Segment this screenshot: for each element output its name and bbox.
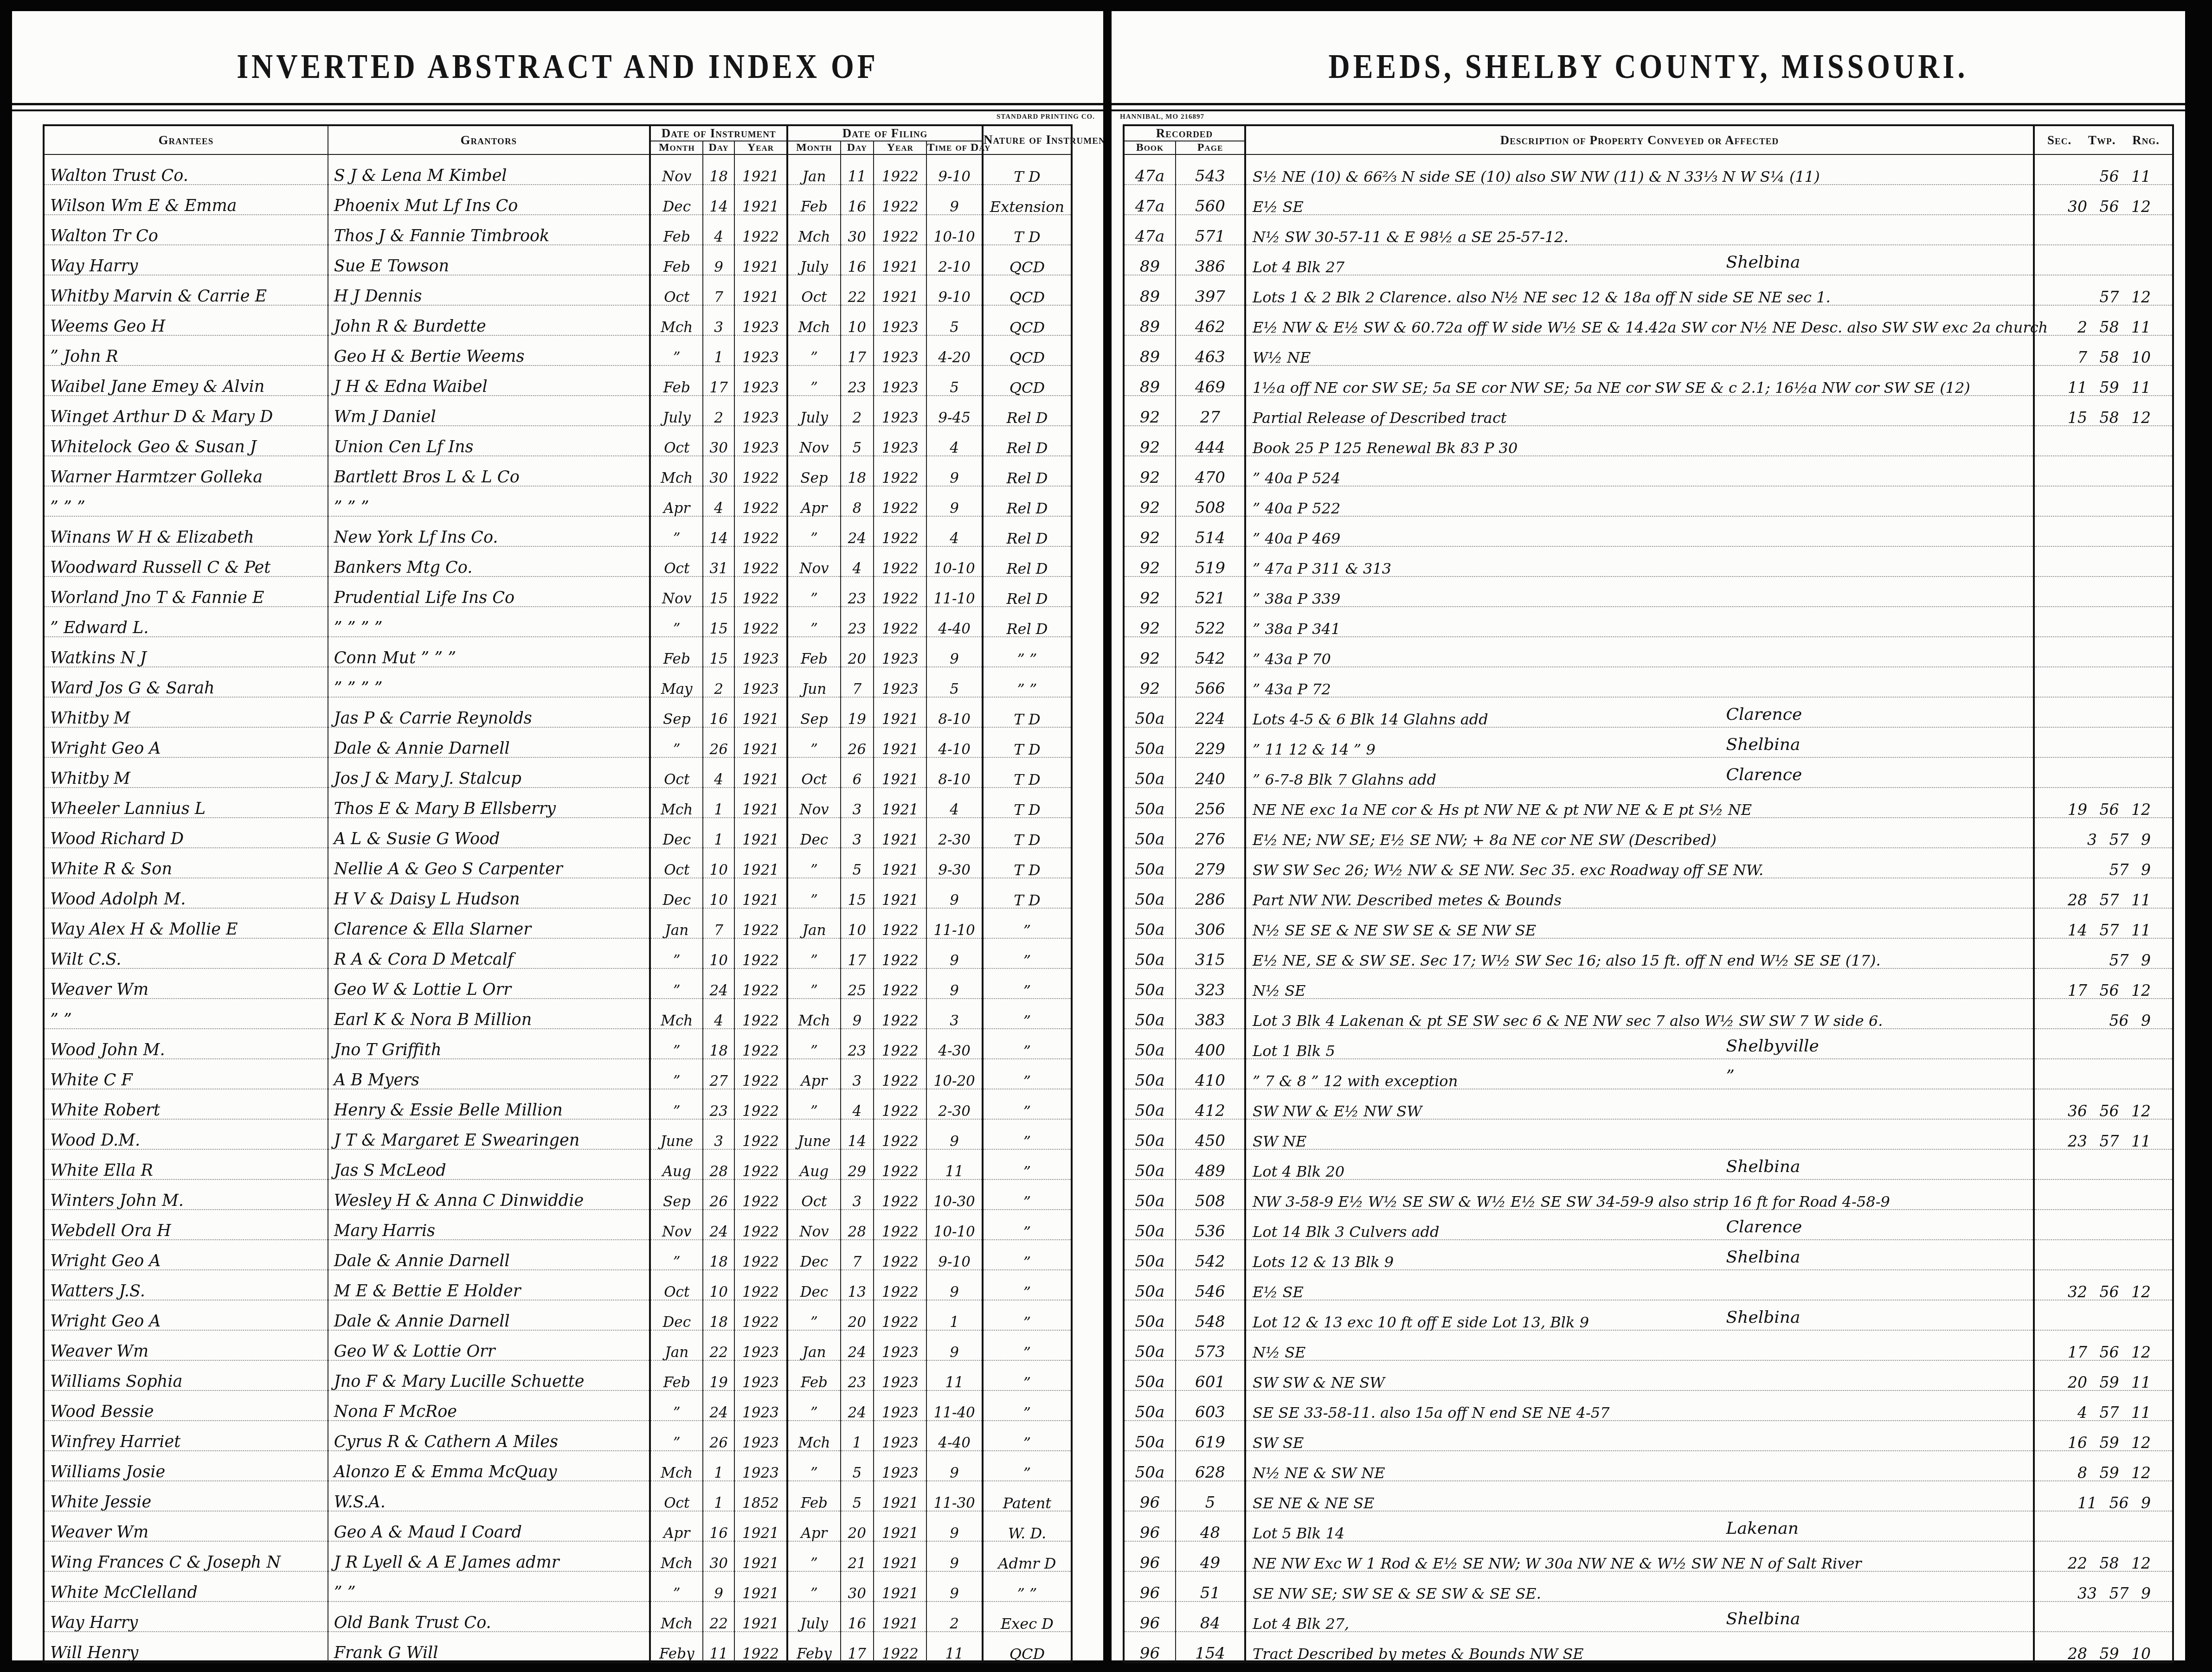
filing-year-cell: 1921 [874, 878, 926, 908]
filing-year-cell: 1922 [874, 546, 926, 577]
description-cell: SW NW & E½ NW SW [1245, 1089, 2034, 1119]
left-page-title: INVERTED ABSTRACT AND INDEX OF [12, 5, 1103, 96]
filing-month-cell: ” [787, 577, 840, 607]
grantor-cell: Alonzo E & Emma McQuay [328, 1451, 650, 1481]
book-cell: 50a [1124, 697, 1176, 727]
grantor-cell: M E & Bettie E Holder [328, 1270, 650, 1300]
filing-day-cell: 3 [841, 788, 874, 818]
filing-month-cell: ” [787, 365, 840, 396]
instrument-year-cell: 1922 [734, 1179, 787, 1210]
filing-day-cell: 10 [841, 305, 874, 335]
instrument-month-cell: Mch [650, 1451, 703, 1481]
page-cell: 383 [1176, 999, 1245, 1029]
sec-twp-rng-cell [2034, 637, 2173, 667]
filing-month-cell: Jan [787, 1330, 840, 1360]
title-divider-right [1112, 103, 2185, 111]
right-table-body: 47a543S½ NE (10) & 66⅔ N side SE (10) al… [1124, 154, 2173, 1662]
filing-time-cell: 4-40 [926, 607, 982, 637]
nature-cell: T D [983, 848, 1072, 878]
instrument-month-cell: Jan [650, 908, 703, 938]
table-row: Weems Geo HJohn R & BurdetteMch31923Mch1… [44, 305, 1072, 335]
description-cell: ” 47a P 311 & 313 [1245, 546, 2034, 577]
nature-cell: ” [983, 1300, 1072, 1330]
grantor-cell: John R & Burdette [328, 305, 650, 335]
filing-time-cell: 11-10 [926, 908, 982, 938]
filing-year-cell: 1923 [874, 1421, 926, 1451]
filing-day-cell: 20 [841, 637, 874, 667]
instrument-year-cell: 1852 [734, 1481, 787, 1511]
col-header-twp: Twp. [2088, 133, 2116, 147]
grantor-cell: Jno T Griffith [328, 1029, 650, 1059]
grantee-cell: Whitby M [44, 757, 328, 788]
filing-time-cell: 2 [926, 1602, 982, 1632]
filing-month-cell: Dec [787, 1240, 840, 1270]
description-cell: Lot 14 Blk 3 Culvers addClarence [1245, 1210, 2034, 1240]
filing-month-cell: ” [787, 607, 840, 637]
instrument-year-cell: 1921 [734, 1571, 787, 1602]
instrument-year-cell: 1921 [734, 245, 787, 275]
filing-time-cell: 8-10 [926, 697, 982, 727]
instrument-day-cell: 4 [703, 486, 734, 516]
table-row: Ward Jos G & Sarah” ” ” ”May21923Jun7192… [44, 667, 1072, 697]
filing-month-cell: Aug [787, 1149, 840, 1179]
filing-day-cell: 17 [841, 1632, 874, 1662]
description-cell: ” 43a P 72 [1245, 667, 2034, 697]
instrument-year-cell: 1923 [734, 1421, 787, 1451]
sec-twp-rng-cell [2034, 727, 2173, 757]
filing-year-cell: 1922 [874, 968, 926, 999]
sec-twp-rng-cell [2034, 1240, 2173, 1270]
table-row: Way Alex H & Mollie EClarence & Ella Sla… [44, 908, 1072, 938]
col-header-instr-year: Year [734, 141, 787, 154]
grantor-cell: ” ” ” ” [328, 607, 650, 637]
book-cell: 96 [1124, 1602, 1176, 1632]
filing-year-cell: 1922 [874, 1029, 926, 1059]
sec-twp-rng-cell [2034, 1511, 2173, 1541]
nature-cell: ” [983, 1360, 1072, 1390]
sec-twp-rng-cell [2034, 1179, 2173, 1210]
page-gutter [1103, 0, 1112, 1672]
page-cell: 400 [1176, 1029, 1245, 1059]
col-header-sec: Sec. [2047, 133, 2071, 147]
grantor-cell: Wm J Daniel [328, 396, 650, 426]
instrument-day-cell: 14 [703, 185, 734, 215]
filing-time-cell: 4-20 [926, 335, 982, 365]
grantee-cell: White Robert [44, 1089, 328, 1119]
filing-year-cell: 1923 [874, 426, 926, 456]
table-row: 50a601SW SW & NE SW20 59 11 [1124, 1360, 2173, 1390]
filing-day-cell: 10 [841, 908, 874, 938]
nature-cell: ” [983, 1089, 1072, 1119]
instrument-day-cell: 4 [703, 999, 734, 1029]
sec-twp-rng-cell: 16 59 12 [2034, 1421, 2173, 1451]
town-label: Clarence [1726, 1219, 1802, 1236]
instrument-month-cell: May [650, 667, 703, 697]
page-cell: 462 [1176, 305, 1245, 335]
filing-year-cell: 1921 [874, 1511, 926, 1541]
book-cell: 50a [1124, 999, 1176, 1029]
filing-day-cell: 30 [841, 1571, 874, 1602]
filing-day-cell: 7 [841, 667, 874, 697]
book-cell: 50a [1124, 1270, 1176, 1300]
grantee-cell: Winans W H & Elizabeth [44, 516, 328, 546]
filing-day-cell: 29 [841, 1149, 874, 1179]
sec-twp-rng-cell [2034, 426, 2173, 456]
table-row: Whitby Marvin & Carrie EH J DennisOct719… [44, 275, 1072, 305]
grantor-cell: Conn Mut ” ” ” [328, 637, 650, 667]
filing-year-cell: 1922 [874, 486, 926, 516]
filing-day-cell: 22 [841, 275, 874, 305]
filing-day-cell: 8 [841, 486, 874, 516]
instrument-month-cell: ” [650, 1240, 703, 1270]
sec-twp-rng-cell: 28 59 10 [2034, 1632, 2173, 1662]
grantee-cell: Warner Harmtzer Golleka [44, 456, 328, 486]
book-cell: 92 [1124, 426, 1176, 456]
nature-cell: W. D. [983, 1511, 1072, 1541]
filing-day-cell: 26 [841, 727, 874, 757]
sec-twp-rng-cell: 8 59 12 [2034, 1451, 2173, 1481]
col-header-date-of-instrument: Date of Instrument [650, 125, 787, 141]
instrument-year-cell: 1921 [734, 1511, 787, 1541]
grantee-cell: Wood Richard D [44, 818, 328, 848]
instrument-day-cell: 2 [703, 667, 734, 697]
filing-year-cell: 1921 [874, 727, 926, 757]
instrument-day-cell: 26 [703, 727, 734, 757]
instrument-day-cell: 26 [703, 1421, 734, 1451]
instrument-month-cell: ” [650, 727, 703, 757]
grantee-cell: Waibel Jane Emey & Alvin [44, 365, 328, 396]
nature-cell: QCD [983, 335, 1072, 365]
filing-year-cell: 1922 [874, 1632, 926, 1662]
page-cell: 286 [1176, 878, 1245, 908]
sec-twp-rng-cell: 14 57 11 [2034, 908, 2173, 938]
grantor-cell: J H & Edna Waibel [328, 365, 650, 396]
nature-cell: T D [983, 788, 1072, 818]
instrument-year-cell: 1921 [734, 788, 787, 818]
town-label: Shelbina [1726, 737, 1800, 753]
sec-twp-rng-cell [2034, 1300, 2173, 1330]
filing-month-cell: ” [787, 878, 840, 908]
sec-twp-rng-cell: 11 59 11 [2034, 365, 2173, 396]
table-row: Winans W H & ElizabethNew York Lf Ins Co… [44, 516, 1072, 546]
instrument-day-cell: 1 [703, 1451, 734, 1481]
description-cell: ” 6-7-8 Blk 7 Glahns addClarence [1245, 757, 2034, 788]
nature-cell: Rel D [983, 396, 1072, 426]
instrument-year-cell: 1922 [734, 456, 787, 486]
table-row: White McClelland” ””91921”3019219” ” [44, 1571, 1072, 1602]
instrument-month-cell: ” [650, 968, 703, 999]
page-cell: 48 [1176, 1511, 1245, 1541]
grantor-cell: W.S.A. [328, 1481, 650, 1511]
grantor-cell: S J & Lena M Kimbel [328, 154, 650, 185]
town-label: Shelbina [1726, 1249, 1800, 1266]
table-row: 50a542Lots 12 & 13 Blk 9Shelbina [1124, 1240, 2173, 1270]
filing-time-cell: 10-30 [926, 1179, 982, 1210]
grantor-cell: Mary Harris [328, 1210, 650, 1240]
sec-twp-rng-cell [2034, 245, 2173, 275]
filing-time-cell: 4-10 [926, 727, 982, 757]
table-row: Wood D.M.J T & Margaret E SwearingenJune… [44, 1119, 1072, 1149]
filing-year-cell: 1921 [874, 275, 926, 305]
filing-month-cell: ” [787, 516, 840, 546]
filing-month-cell: July [787, 396, 840, 426]
table-row: White Ella RJas S McLeodAug281922Aug2919… [44, 1149, 1072, 1179]
filing-year-cell: 1922 [874, 1089, 926, 1119]
nature-cell: T D [983, 697, 1072, 727]
filing-time-cell: 9-45 [926, 396, 982, 426]
town-label: Shelbyville [1726, 1038, 1819, 1055]
filing-year-cell: 1923 [874, 1451, 926, 1481]
filing-day-cell: 3 [841, 1059, 874, 1089]
grantor-cell: New York Lf Ins Co. [328, 516, 650, 546]
table-row: 92566” 43a P 72 [1124, 667, 2173, 697]
sec-twp-rng-cell: 7 58 10 [2034, 335, 2173, 365]
instrument-month-cell: ” [650, 1390, 703, 1421]
grantee-cell: Way Harry [44, 245, 328, 275]
sec-twp-rng-cell [2034, 577, 2173, 607]
instrument-day-cell: 15 [703, 607, 734, 637]
description-cell: E½ SE [1245, 1270, 2034, 1300]
nature-cell: ” [983, 999, 1072, 1029]
instrument-day-cell: 10 [703, 848, 734, 878]
sec-twp-rng-cell [2034, 1029, 2173, 1059]
description-cell: ” 38a P 341 [1245, 607, 2034, 637]
grantee-cell: Will Henry [44, 1632, 328, 1662]
book-cell: 50a [1124, 908, 1176, 938]
description-cell: NW 3-58-9 E½ W½ SE SW & W½ E½ SE SW 34-5… [1245, 1179, 2034, 1210]
grantor-cell: Bankers Mtg Co. [328, 546, 650, 577]
description-cell: S½ NE (10) & 66⅔ N side SE (10) also SW … [1245, 154, 2034, 185]
filing-time-cell: 9 [926, 878, 982, 908]
sec-twp-rng-cell: 56 11 [2034, 154, 2173, 185]
filing-day-cell: 3 [841, 1179, 874, 1210]
grantor-cell: Geo A & Maud I Coard [328, 1511, 650, 1541]
description-cell: Partial Release of Described tract [1245, 396, 2034, 426]
col-header-date-of-filing: Date of Filing [787, 125, 983, 141]
instrument-year-cell: 1922 [734, 1300, 787, 1330]
grantee-cell: Worland Jno T & Fannie E [44, 577, 328, 607]
filing-time-cell: 9-10 [926, 154, 982, 185]
ledger-left-page: INVERTED ABSTRACT AND INDEX OF STANDARD … [12, 11, 1103, 1660]
book-cell: 47a [1124, 154, 1176, 185]
page-cell: 543 [1176, 154, 1245, 185]
nature-cell: Rel D [983, 456, 1072, 486]
col-header-instr-month: Month [650, 141, 703, 154]
table-row: 50a256NE NE exc 1a NE cor & Hs pt NW NE … [1124, 788, 2173, 818]
filing-month-cell: Apr [787, 1059, 840, 1089]
nature-cell: ” [983, 1119, 1072, 1149]
grantor-cell: Nona F McRoe [328, 1390, 650, 1421]
table-row: Winfrey HarrietCyrus R & Cathern A Miles… [44, 1421, 1072, 1451]
filing-time-cell: 3 [926, 999, 982, 1029]
nature-cell: QCD [983, 365, 1072, 396]
grantee-cell: Winfrey Harriet [44, 1421, 328, 1451]
instrument-year-cell: 1921 [734, 154, 787, 185]
nature-cell: QCD [983, 1632, 1072, 1662]
book-cell: 96 [1124, 1481, 1176, 1511]
instrument-day-cell: 15 [703, 637, 734, 667]
filing-time-cell: 9 [926, 1119, 982, 1149]
grantee-cell: Wing Frances C & Joseph N [44, 1541, 328, 1571]
instrument-year-cell: 1923 [734, 1390, 787, 1421]
table-row: Whitby MJas P & Carrie ReynoldsSep161921… [44, 697, 1072, 727]
instrument-month-cell: Feb [650, 1360, 703, 1390]
instrument-day-cell: 7 [703, 275, 734, 305]
nature-cell: ” [983, 968, 1072, 999]
filing-time-cell: 2-10 [926, 245, 982, 275]
instrument-year-cell: 1922 [734, 1240, 787, 1270]
book-cell: 89 [1124, 245, 1176, 275]
filing-month-cell: ” [787, 938, 840, 968]
instrument-year-cell: 1922 [734, 908, 787, 938]
instrument-year-cell: 1923 [734, 335, 787, 365]
filing-month-cell: Nov [787, 426, 840, 456]
book-cell: 50a [1124, 727, 1176, 757]
instrument-month-cell: ” [650, 1571, 703, 1602]
filing-time-cell: 4-40 [926, 1421, 982, 1451]
grantor-cell: Geo H & Bertie Weems [328, 335, 650, 365]
instrument-month-cell: Feb [650, 215, 703, 245]
instrument-day-cell: 30 [703, 456, 734, 486]
col-header-grantors: Grantors [328, 125, 650, 154]
table-row: Worland Jno T & Fannie EPrudential Life … [44, 577, 1072, 607]
nature-cell: ” ” [983, 667, 1072, 697]
sec-twp-rng-cell: 30 56 12 [2034, 185, 2173, 215]
grantor-cell: H J Dennis [328, 275, 650, 305]
printer-note-left: STANDARD PRINTING CO. [12, 111, 1103, 124]
instrument-month-cell: Aug [650, 1149, 703, 1179]
book-cell: 47a [1124, 185, 1176, 215]
instrument-year-cell: 1922 [734, 546, 787, 577]
sec-twp-rng-cell: 57 9 [2034, 848, 2173, 878]
table-row: 92514” 40a P 469 [1124, 516, 2173, 546]
grantee-cell: Way Harry [44, 1602, 328, 1632]
book-cell: 50a [1124, 938, 1176, 968]
table-row: 50a536Lot 14 Blk 3 Culvers addClarence [1124, 1210, 2173, 1240]
table-row: 9649NE NW Exc W 1 Rod & E½ SE NW; W 30a … [1124, 1541, 2173, 1571]
grantee-cell: Wilt C.S. [44, 938, 328, 968]
filing-year-cell: 1921 [874, 1602, 926, 1632]
page-cell: 573 [1176, 1330, 1245, 1360]
instrument-year-cell: 1921 [734, 185, 787, 215]
filing-day-cell: 19 [841, 697, 874, 727]
scanned-ledger-page: { "page_left": { "title": "INVERTED ABST… [0, 0, 2212, 1672]
filing-year-cell: 1922 [874, 1119, 926, 1149]
table-row: 92470” 40a P 524 [1124, 456, 2173, 486]
description-cell: Lots 1 & 2 Blk 2 Clarence. also N½ NE se… [1245, 275, 2034, 305]
page-cell: 229 [1176, 727, 1245, 757]
grantee-cell: White Jessie [44, 1481, 328, 1511]
sec-twp-rng-cell: 36 56 12 [2034, 1089, 2173, 1119]
instrument-year-cell: 1922 [734, 1270, 787, 1300]
grantee-cell: Watters J.S. [44, 1270, 328, 1300]
filing-day-cell: 11 [841, 154, 874, 185]
page-cell: 566 [1176, 667, 1245, 697]
table-row: 9648Lot 5 Blk 14Lakenan [1124, 1511, 2173, 1541]
filing-time-cell: 9-10 [926, 275, 982, 305]
filing-time-cell: 1 [926, 1300, 982, 1330]
filing-month-cell: ” [787, 1541, 840, 1571]
grantee-cell: Weaver Wm [44, 1511, 328, 1541]
grantee-cell: ” ” [44, 999, 328, 1029]
description-cell: ” 43a P 70 [1245, 637, 2034, 667]
filing-month-cell: Dec [787, 818, 840, 848]
instrument-year-cell: 1922 [734, 1210, 787, 1240]
town-label: Shelbina [1726, 1309, 1800, 1326]
instrument-year-cell: 1922 [734, 1059, 787, 1089]
table-row: White C FA B Myers”271922Apr3192210-20” [44, 1059, 1072, 1089]
filing-time-cell: 9 [926, 1541, 982, 1571]
filing-day-cell: 24 [841, 1330, 874, 1360]
instrument-day-cell: 23 [703, 1089, 734, 1119]
instrument-day-cell: 17 [703, 365, 734, 396]
book-cell: 50a [1124, 1089, 1176, 1119]
page-cell: 450 [1176, 1119, 1245, 1149]
description-cell: E½ SE [1245, 185, 2034, 215]
col-header-book: Book [1124, 141, 1176, 154]
table-row: 50a240” 6-7-8 Blk 7 Glahns addClarence [1124, 757, 2173, 788]
book-cell: 92 [1124, 607, 1176, 637]
table-row: White R & SonNellie A & Geo S CarpenterO… [44, 848, 1072, 878]
table-row: 92521” 38a P 339 [1124, 577, 2173, 607]
sec-twp-rng-cell [2034, 456, 2173, 486]
filing-month-cell: ” [787, 1390, 840, 1421]
filing-day-cell: 5 [841, 848, 874, 878]
nature-cell: Admr D [983, 1541, 1072, 1571]
table-row: Winget Arthur D & Mary DWm J DanielJuly2… [44, 396, 1072, 426]
description-cell: NE NE exc 1a NE cor & Hs pt NW NE & pt N… [1245, 788, 2034, 818]
instrument-month-cell: ” [650, 516, 703, 546]
table-row: Walton Tr CoThos J & Fannie TimbrookFeb4… [44, 215, 1072, 245]
printer-note-right: HANNIBAL, MO 216897 [1112, 111, 2185, 124]
table-row: Wing Frances C & Joseph NJ R Lyell & A E… [44, 1541, 1072, 1571]
table-row: Winters John M.Wesley H & Anna C Dinwidd… [44, 1179, 1072, 1210]
filing-day-cell: 16 [841, 1602, 874, 1632]
table-row: 50a383Lot 3 Blk 4 Lakenan & pt SE SW sec… [1124, 999, 2173, 1029]
filing-day-cell: 9 [841, 999, 874, 1029]
col-header-instr-day: Day [703, 141, 734, 154]
right-table-header: Recorded Description of Property Conveye… [1124, 125, 2173, 154]
filing-day-cell: 14 [841, 1119, 874, 1149]
filing-month-cell: Sep [787, 697, 840, 727]
page-cell: 470 [1176, 456, 1245, 486]
filing-month-cell: Jan [787, 154, 840, 185]
nature-cell: Rel D [983, 486, 1072, 516]
filing-month-cell: Feb [787, 1360, 840, 1390]
grantor-cell: J T & Margaret E Swearingen [328, 1119, 650, 1149]
instrument-month-cell: Feby [650, 1632, 703, 1662]
sec-twp-rng-cell: 33 57 9 [2034, 1571, 2173, 1602]
nature-cell: ” ” [983, 1571, 1072, 1602]
filing-time-cell: 9 [926, 1451, 982, 1481]
page-cell: 306 [1176, 908, 1245, 938]
nature-cell: Rel D [983, 516, 1072, 546]
filing-time-cell: 11-10 [926, 577, 982, 607]
filing-month-cell: ” [787, 1089, 840, 1119]
description-cell: ” 38a P 339 [1245, 577, 2034, 607]
table-row: 50a412SW NW & E½ NW SW36 56 12 [1124, 1089, 2173, 1119]
page-cell: 463 [1176, 335, 1245, 365]
filing-month-cell: Apr [787, 1511, 840, 1541]
page-cell: 410 [1176, 1059, 1245, 1089]
filing-year-cell: 1922 [874, 185, 926, 215]
filing-time-cell: 10-10 [926, 546, 982, 577]
filing-day-cell: 13 [841, 1270, 874, 1300]
instrument-month-cell: ” [650, 1421, 703, 1451]
nature-cell: QCD [983, 245, 1072, 275]
instrument-day-cell: 24 [703, 968, 734, 999]
filing-day-cell: 5 [841, 1481, 874, 1511]
